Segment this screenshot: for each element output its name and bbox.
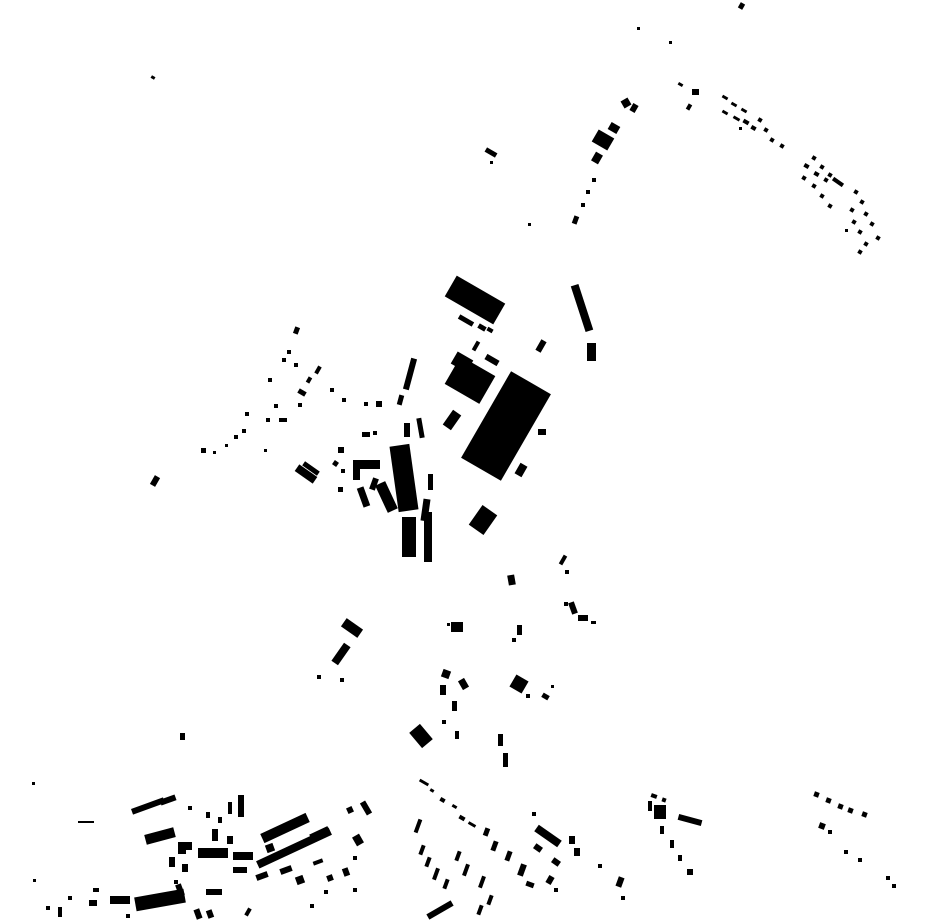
building-footprint	[193, 908, 202, 919]
building-footprint	[274, 404, 278, 408]
building-footprint	[827, 172, 832, 177]
building-footprint	[364, 402, 368, 406]
building-footprint	[430, 788, 435, 793]
building-footprint	[442, 720, 446, 724]
building-footprint	[144, 827, 176, 844]
building-footprint	[206, 909, 214, 919]
building-footprint	[844, 850, 848, 854]
building-footprint	[551, 685, 554, 688]
building-footprint	[813, 171, 819, 177]
building-footprint	[574, 848, 580, 856]
building-footprint	[803, 163, 809, 169]
building-footprint	[266, 418, 270, 422]
building-footprint	[180, 733, 185, 740]
building-footprint	[306, 376, 312, 383]
building-footprint	[819, 164, 824, 169]
building-footprint	[439, 797, 445, 803]
building-footprint	[863, 211, 868, 216]
building-footprint	[858, 858, 862, 862]
building-footprint	[769, 137, 774, 142]
building-footprint	[517, 863, 527, 876]
building-footprint	[486, 327, 493, 333]
building-footprint	[621, 896, 625, 900]
building-footprint	[244, 908, 251, 917]
building-footprint	[265, 843, 275, 853]
building-footprint	[404, 423, 410, 437]
building-footprint	[722, 109, 729, 115]
building-footprint	[360, 460, 380, 469]
building-footprint	[279, 865, 292, 875]
building-footprint	[811, 155, 816, 160]
building-footprint	[469, 505, 498, 535]
building-footprint	[287, 350, 291, 354]
building-footprint	[238, 795, 244, 817]
building-footprint	[462, 864, 470, 877]
building-footprint	[571, 284, 593, 332]
building-footprint	[813, 791, 819, 797]
building-footprint	[648, 801, 652, 811]
building-footprint	[78, 821, 94, 823]
building-footprint	[268, 378, 272, 382]
building-footprint	[811, 183, 816, 188]
building-footprint	[150, 475, 160, 487]
building-footprint	[849, 207, 854, 212]
building-footprint	[352, 834, 364, 847]
building-footprint	[851, 219, 856, 224]
building-footprint	[46, 906, 50, 910]
building-footprint	[564, 602, 568, 606]
building-footprint	[485, 147, 498, 157]
building-footprint	[403, 358, 417, 390]
building-footprint	[482, 827, 489, 836]
building-footprint	[110, 896, 130, 904]
building-footprint	[587, 343, 596, 361]
building-footprint	[837, 803, 843, 809]
figure-ground-map	[0, 0, 930, 924]
building-footprint	[517, 625, 522, 635]
building-footprint	[330, 388, 334, 392]
building-footprint	[33, 879, 36, 882]
building-footprint	[198, 848, 228, 858]
building-footprint	[586, 190, 590, 194]
building-footprint	[535, 339, 546, 352]
building-footprint	[89, 900, 97, 906]
building-footprint	[324, 890, 328, 894]
building-footprint	[687, 869, 693, 875]
building-footprint	[360, 800, 372, 815]
building-footprint	[452, 701, 457, 711]
building-footprint	[490, 840, 498, 851]
building-footprint	[341, 618, 363, 638]
building-footprint	[317, 675, 321, 679]
building-footprint	[592, 178, 596, 182]
building-footprint	[375, 481, 398, 513]
building-footprint	[310, 904, 314, 908]
building-footprint	[295, 875, 305, 885]
building-footprint	[457, 678, 468, 690]
building-footprint	[402, 517, 416, 557]
building-footprint	[661, 797, 666, 802]
building-footprint	[451, 622, 463, 632]
building-footprint	[686, 103, 692, 110]
building-footprint	[757, 117, 762, 122]
building-footprint	[478, 876, 486, 889]
building-footprint	[498, 734, 503, 746]
building-footprint	[869, 221, 874, 226]
building-footprint	[225, 444, 228, 447]
building-footprint	[279, 418, 287, 422]
building-footprint	[458, 314, 474, 326]
building-footprint	[233, 852, 253, 860]
building-footprint	[294, 363, 298, 367]
building-footprint	[440, 685, 446, 695]
building-footprint	[282, 358, 286, 362]
building-footprint	[853, 189, 858, 194]
building-footprint	[678, 855, 682, 861]
building-footprint	[823, 177, 828, 182]
building-footprint	[356, 486, 369, 507]
building-footprint	[741, 107, 748, 113]
building-footprint	[739, 127, 742, 130]
building-footprint	[428, 474, 433, 490]
building-footprint	[861, 811, 867, 817]
building-footprint	[615, 876, 624, 887]
building-footprint	[650, 793, 657, 799]
building-footprint	[418, 845, 425, 856]
building-footprint	[731, 101, 738, 107]
building-footprint	[126, 914, 130, 918]
building-footprint	[445, 276, 505, 325]
building-footprint	[451, 803, 457, 808]
building-footprint	[578, 615, 588, 621]
building-footprint	[242, 429, 246, 433]
building-footprint	[504, 850, 512, 861]
building-footprint	[353, 888, 357, 892]
building-footprint	[533, 843, 543, 853]
building-footprint	[763, 127, 768, 132]
building-footprint	[455, 731, 459, 739]
building-footprint	[228, 802, 232, 814]
building-footprint	[338, 447, 344, 453]
building-footprint	[847, 807, 853, 813]
building-footprint	[526, 694, 530, 698]
building-footprint	[551, 857, 561, 867]
building-footprint	[678, 814, 703, 826]
building-footprint	[637, 27, 640, 30]
building-footprint	[468, 821, 476, 828]
building-footprint	[206, 812, 210, 818]
building-footprint	[447, 623, 450, 626]
building-footprint	[568, 601, 578, 614]
building-footprint	[298, 403, 302, 407]
building-footprint	[68, 896, 72, 900]
building-footprint	[608, 122, 621, 134]
building-footprint	[742, 119, 749, 125]
building-footprint	[565, 570, 569, 574]
building-footprint	[206, 889, 222, 895]
building-footprint	[188, 806, 192, 810]
building-footprint	[737, 2, 744, 10]
building-footprint	[458, 815, 465, 821]
building-footprint	[227, 836, 233, 844]
building-footprint	[559, 555, 567, 566]
building-footprint	[332, 460, 339, 467]
building-footprint	[396, 395, 403, 406]
building-footprint	[538, 429, 546, 435]
building-footprint	[432, 868, 440, 881]
building-footprint	[677, 81, 683, 86]
building-footprint	[528, 223, 531, 226]
building-footprint	[233, 867, 247, 873]
building-footprint	[507, 574, 516, 585]
building-footprint	[581, 203, 585, 207]
building-footprint	[58, 907, 62, 917]
building-footprint	[591, 621, 596, 624]
building-footprint	[819, 193, 824, 198]
building-footprint	[472, 341, 480, 352]
building-footprint	[424, 857, 431, 868]
building-footprint	[255, 871, 268, 881]
building-footprint	[818, 822, 826, 830]
building-footprint	[443, 410, 462, 430]
building-footprint	[484, 354, 499, 366]
building-footprint	[525, 880, 534, 887]
building-footprint	[598, 864, 602, 868]
building-footprint	[845, 229, 848, 232]
building-footprint	[503, 753, 508, 767]
building-footprint	[212, 829, 218, 841]
building-footprint	[569, 836, 575, 844]
building-footprint	[341, 469, 345, 473]
building-footprint	[353, 856, 357, 860]
building-footprint	[875, 235, 880, 240]
building-footprint	[886, 876, 890, 880]
building-footprint	[314, 366, 321, 375]
building-footprint	[892, 884, 896, 888]
building-footprint	[342, 867, 350, 877]
building-footprint	[857, 229, 862, 234]
building-footprint	[178, 842, 186, 854]
building-footprint	[151, 75, 156, 80]
building-footprint	[213, 451, 216, 454]
building-footprint	[515, 463, 528, 477]
building-footprint	[476, 905, 483, 916]
building-footprint	[234, 435, 238, 439]
building-footprint	[264, 449, 267, 452]
building-footprint	[670, 840, 674, 848]
building-footprint	[660, 826, 664, 834]
building-footprint	[326, 874, 334, 882]
building-footprint	[442, 879, 449, 890]
building-footprint	[169, 857, 175, 867]
building-footprint	[554, 888, 558, 892]
building-footprint	[832, 177, 844, 187]
building-footprint	[134, 889, 186, 911]
building-footprint	[654, 805, 666, 819]
building-footprint	[669, 41, 672, 44]
building-footprint	[828, 830, 832, 834]
building-footprint	[93, 888, 99, 892]
building-footprint	[297, 388, 306, 396]
building-footprint	[857, 249, 862, 254]
building-footprint	[454, 851, 461, 862]
building-footprint	[159, 794, 176, 805]
building-footprint	[353, 460, 360, 480]
building-footprint	[426, 900, 453, 919]
building-footprint	[509, 674, 528, 693]
building-footprint	[362, 432, 370, 437]
building-footprint	[801, 175, 806, 180]
building-footprint	[592, 129, 615, 150]
building-footprint	[346, 806, 354, 814]
building-footprint	[512, 638, 516, 642]
building-footprint	[692, 89, 699, 95]
building-footprint	[545, 875, 554, 885]
building-footprint	[331, 643, 350, 666]
building-footprint	[376, 401, 382, 407]
building-footprint	[201, 448, 206, 453]
building-footprint	[863, 241, 868, 246]
building-footprint	[313, 858, 324, 865]
building-footprint	[486, 895, 493, 906]
building-footprint	[441, 669, 451, 679]
building-footprint	[541, 692, 550, 700]
building-footprint	[342, 398, 346, 402]
building-footprint	[32, 782, 35, 785]
building-footprint	[827, 203, 832, 208]
building-footprint	[859, 199, 864, 204]
building-footprint	[414, 819, 423, 834]
building-footprint	[722, 94, 729, 100]
building-footprint	[825, 797, 831, 803]
building-footprint	[409, 724, 433, 748]
building-footprint	[532, 812, 536, 816]
building-footprint	[182, 864, 188, 872]
building-footprint	[732, 115, 740, 121]
building-footprint	[338, 487, 343, 492]
building-footprint	[373, 431, 377, 435]
building-footprint	[292, 326, 299, 334]
building-footprint	[779, 143, 784, 148]
building-footprint	[245, 412, 249, 416]
building-footprint	[218, 817, 222, 823]
building-footprint	[571, 215, 578, 224]
building-footprint	[490, 161, 493, 164]
building-footprint	[419, 778, 429, 786]
building-footprint	[416, 418, 424, 439]
building-footprint	[591, 152, 603, 165]
building-footprint	[340, 678, 344, 682]
building-footprint	[750, 125, 756, 131]
